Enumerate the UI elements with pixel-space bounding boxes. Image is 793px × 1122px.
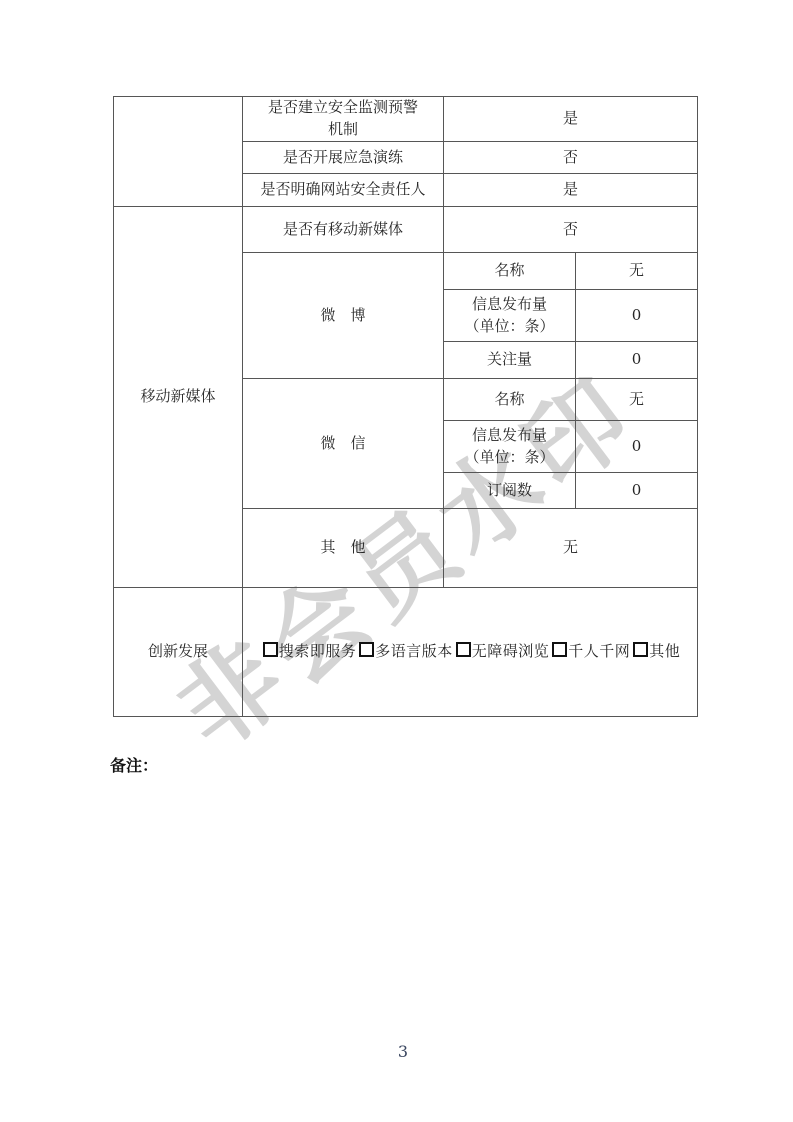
- question-security-monitoring: 是否建立安全监测预警 机制: [243, 97, 444, 142]
- wechat-name-value: 无: [576, 379, 698, 421]
- security-category-cell-empty: [114, 97, 243, 207]
- weibo-name-value: 无: [576, 253, 698, 290]
- answer-security-monitoring: 是: [444, 97, 698, 142]
- wechat-subscribers-value: 0: [576, 473, 698, 509]
- checkbox-icon: [552, 642, 567, 657]
- wechat-posts-value: 0: [576, 421, 698, 473]
- table-row: 移动新媒体 是否有移动新媒体 否: [114, 207, 698, 253]
- question-has-mobile-media: 是否有移动新媒体: [243, 207, 444, 253]
- innovation-option-accessibility: 无障碍浏览: [453, 642, 550, 660]
- weibo-posts-label: 信息发布量 （单位：条）: [444, 290, 576, 342]
- answer-security-responsible-person: 是: [444, 174, 698, 207]
- innovation-option-personalized: 千人千网: [549, 642, 630, 660]
- weibo-posts-value: 0: [576, 290, 698, 342]
- wechat-posts-label: 信息发布量 （单位：条）: [444, 421, 576, 473]
- annual-report-table: 是否建立安全监测预警 机制 是 是否开展应急演练 否 是否明确网站安全责任人 是…: [113, 96, 698, 717]
- weibo-label-cell: 微 博: [243, 253, 444, 379]
- innovation-option-label: 搜索即服务: [279, 642, 357, 660]
- innovation-option-label: 无障碍浏览: [472, 642, 550, 660]
- checkbox-icon: [633, 642, 648, 657]
- weibo-followers-label: 关注量: [444, 342, 576, 379]
- table-row: 创新发展 搜索即服务多语言版本无障碍浏览千人千网其他: [114, 588, 698, 717]
- weibo-name-label: 名称: [444, 253, 576, 290]
- remarks-label: 备注：: [110, 753, 158, 776]
- other-media-label-cell: 其 他: [243, 509, 444, 588]
- innovation-option-label: 多语言版本: [375, 642, 453, 660]
- wechat-label-cell: 微 信: [243, 379, 444, 509]
- table-row: 是否建立安全监测预警 机制 是: [114, 97, 698, 142]
- question-emergency-drill: 是否开展应急演练: [243, 142, 444, 174]
- question-security-responsible-person: 是否明确网站安全责任人: [243, 174, 444, 207]
- report-table-container: 是否建立安全监测预警 机制 是 是否开展应急演练 否 是否明确网站安全责任人 是…: [113, 96, 698, 717]
- innovation-option-label: 其他: [649, 642, 680, 660]
- checkbox-icon: [263, 642, 278, 657]
- innovation-option-multilingual: 多语言版本: [356, 642, 453, 660]
- innovation-option-label: 千人千网: [568, 642, 630, 660]
- innovation-options-cell: 搜索即服务多语言版本无障碍浏览千人千网其他: [243, 588, 698, 717]
- page-number: 3: [0, 1042, 793, 1061]
- answer-has-mobile-media: 否: [444, 207, 698, 253]
- weibo-followers-value: 0: [576, 342, 698, 379]
- wechat-name-label: 名称: [444, 379, 576, 421]
- mobile-media-category-cell: 移动新媒体: [114, 207, 243, 588]
- checkbox-icon: [456, 642, 471, 657]
- answer-emergency-drill: 否: [444, 142, 698, 174]
- wechat-subscribers-label: 订阅数: [444, 473, 576, 509]
- innovation-category-cell: 创新发展: [114, 588, 243, 717]
- checkbox-icon: [359, 642, 374, 657]
- other-media-value: 无: [444, 509, 698, 588]
- innovation-option-other: 其他: [630, 642, 680, 660]
- innovation-option-search: 搜索即服务: [260, 642, 357, 660]
